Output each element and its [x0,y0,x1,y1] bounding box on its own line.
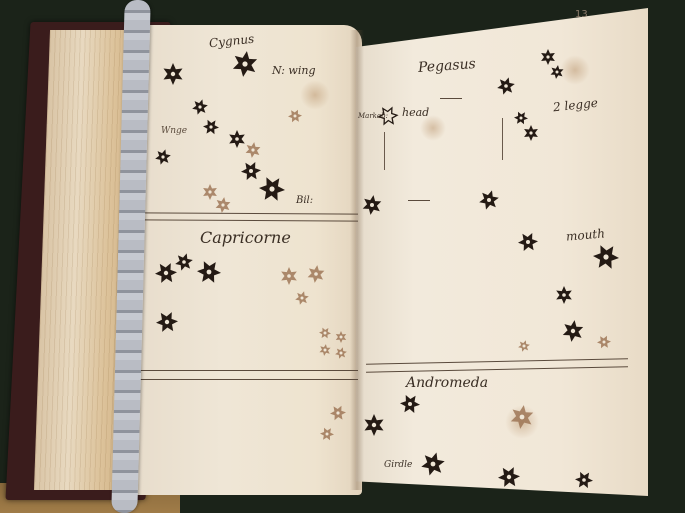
star-center [164,271,168,275]
star-center [562,293,566,297]
star-center [556,71,559,74]
label-markab: Markab: [358,112,388,120]
label-wing: Wnge [161,126,187,136]
star-center [269,186,274,191]
label-girdle: Girdle [384,460,412,470]
star-center [165,320,169,324]
star-center [582,478,586,482]
star-center [526,240,530,244]
label-head: head [402,106,429,119]
star-center [603,254,608,259]
star-center [198,105,201,108]
star-center [287,274,291,278]
star-chart [0,0,685,513]
star-center [487,198,491,202]
star-center [182,260,186,264]
star-center [504,84,508,88]
star-center [372,423,376,427]
star-center [301,297,304,300]
label-capricorne: Capricorne [200,228,291,247]
star-center [340,352,343,355]
star-center [324,332,327,335]
page-number: 13 [575,9,588,20]
star-center [370,203,374,207]
star-center [571,329,575,333]
star-center [546,55,549,58]
star-center [242,61,247,66]
star-center [326,433,329,436]
star-center [507,475,511,479]
star-center [235,137,239,141]
star-center [207,270,212,275]
star-center [208,190,211,193]
star-center [221,203,224,206]
star-center [520,117,523,120]
star-center [161,155,164,158]
star-center [324,349,327,352]
label-andromeda: Andromeda [406,375,488,391]
star-center [523,345,526,348]
star-center [171,72,175,76]
star-center [294,115,297,118]
star-center [251,148,254,151]
star-center [529,131,532,134]
star-center [408,402,412,406]
star-center [336,411,339,414]
star-center [520,415,525,420]
star-center [209,125,212,128]
label-bil: Bil: [296,195,313,206]
star-center [314,272,318,276]
star-center [249,169,253,173]
star-center [603,341,606,344]
star-center [431,462,436,467]
label-n-wing: N: wing [272,64,316,77]
star-center [340,336,343,339]
